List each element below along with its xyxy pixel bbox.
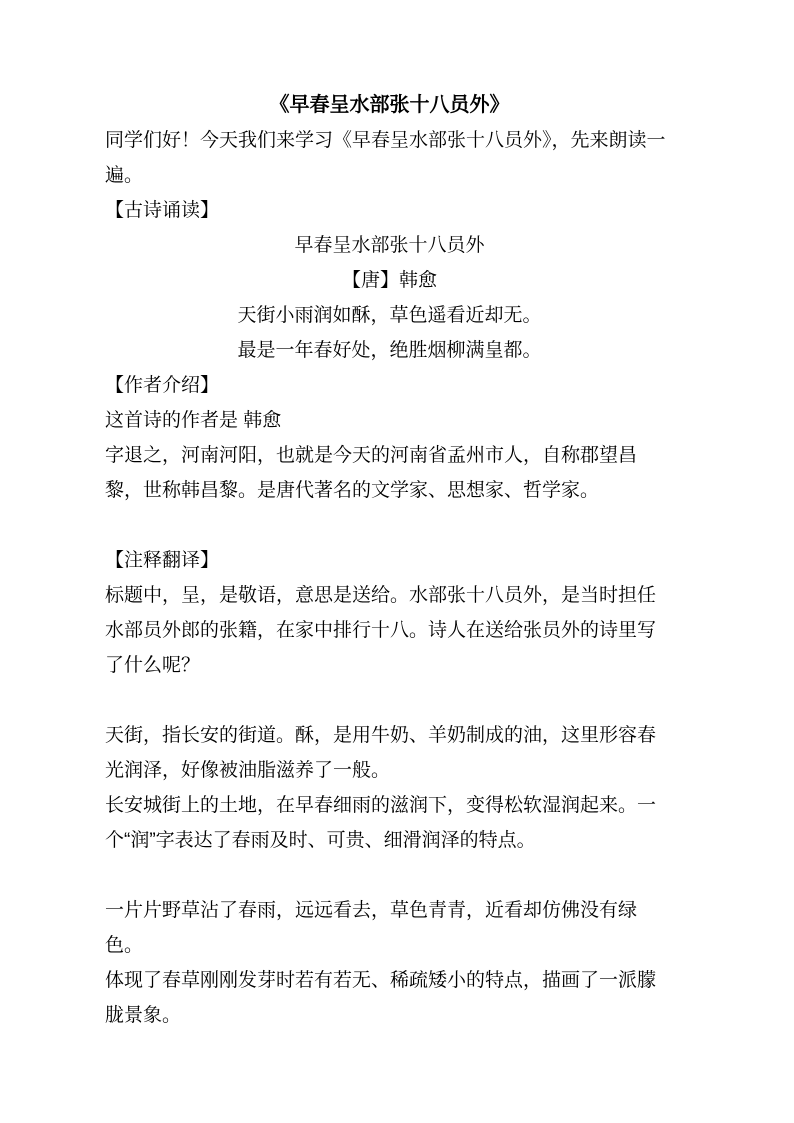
notes-paragraph-grass-translation: 一片片野草沾了春雨，远远看去，草色青青，近看却仿佛没有绿色。: [105, 893, 674, 963]
poem-title: 早春呈水部张十八员外: [105, 228, 674, 263]
notes-paragraph-tianjie-explanation: 天街，指长安的街道。酥，是用牛奶、羊奶制成的油，这里形容春光润泽，好像被油脂滋养…: [105, 718, 674, 788]
notes-paragraph-changan-translation: 长安城街上的土地，在早春细雨的滋润下，变得松软湿润起来。一个“润”字表达了春雨及…: [105, 788, 674, 858]
notes-paragraph-title-explanation: 标题中，呈，是敬语，意思是送给。水部张十八员外，是当时担任水部员外郎的张籍，在家…: [105, 578, 674, 683]
section-header-poem-reading: 【古诗诵读】: [105, 193, 674, 228]
section-header-author-intro: 【作者介绍】: [105, 368, 674, 403]
poem-line-2: 最是一年春好处，绝胜烟柳满皇都。: [105, 333, 674, 368]
poem-author: 【唐】韩愈: [105, 263, 674, 298]
author-biography: 字退之，河南河阳，也就是今天的河南省孟州市人，自称郡望昌黎，世称韩昌黎。是唐代著…: [105, 438, 674, 508]
section-header-notes: 【注释翻译】: [105, 543, 674, 578]
intro-paragraph: 同学们好！今天我们来学习《早春呈水部张十八员外》，先来朗读一遍。: [105, 123, 674, 193]
notes-paragraph-grass-analysis: 体现了春草刚刚发芽时若有若无、稀疏矮小的特点，描画了一派朦胧景象。: [105, 963, 674, 1033]
author-intro-line: 这首诗的作者是 韩愈: [105, 403, 674, 438]
poem-line-1: 天街小雨润如酥，草色遥看近却无。: [105, 298, 674, 333]
document-page: 《早春呈水部张十八员外》 同学们好！今天我们来学习《早春呈水部张十八员外》，先来…: [0, 0, 794, 1123]
document-title: 《早春呈水部张十八员外》: [105, 88, 674, 123]
